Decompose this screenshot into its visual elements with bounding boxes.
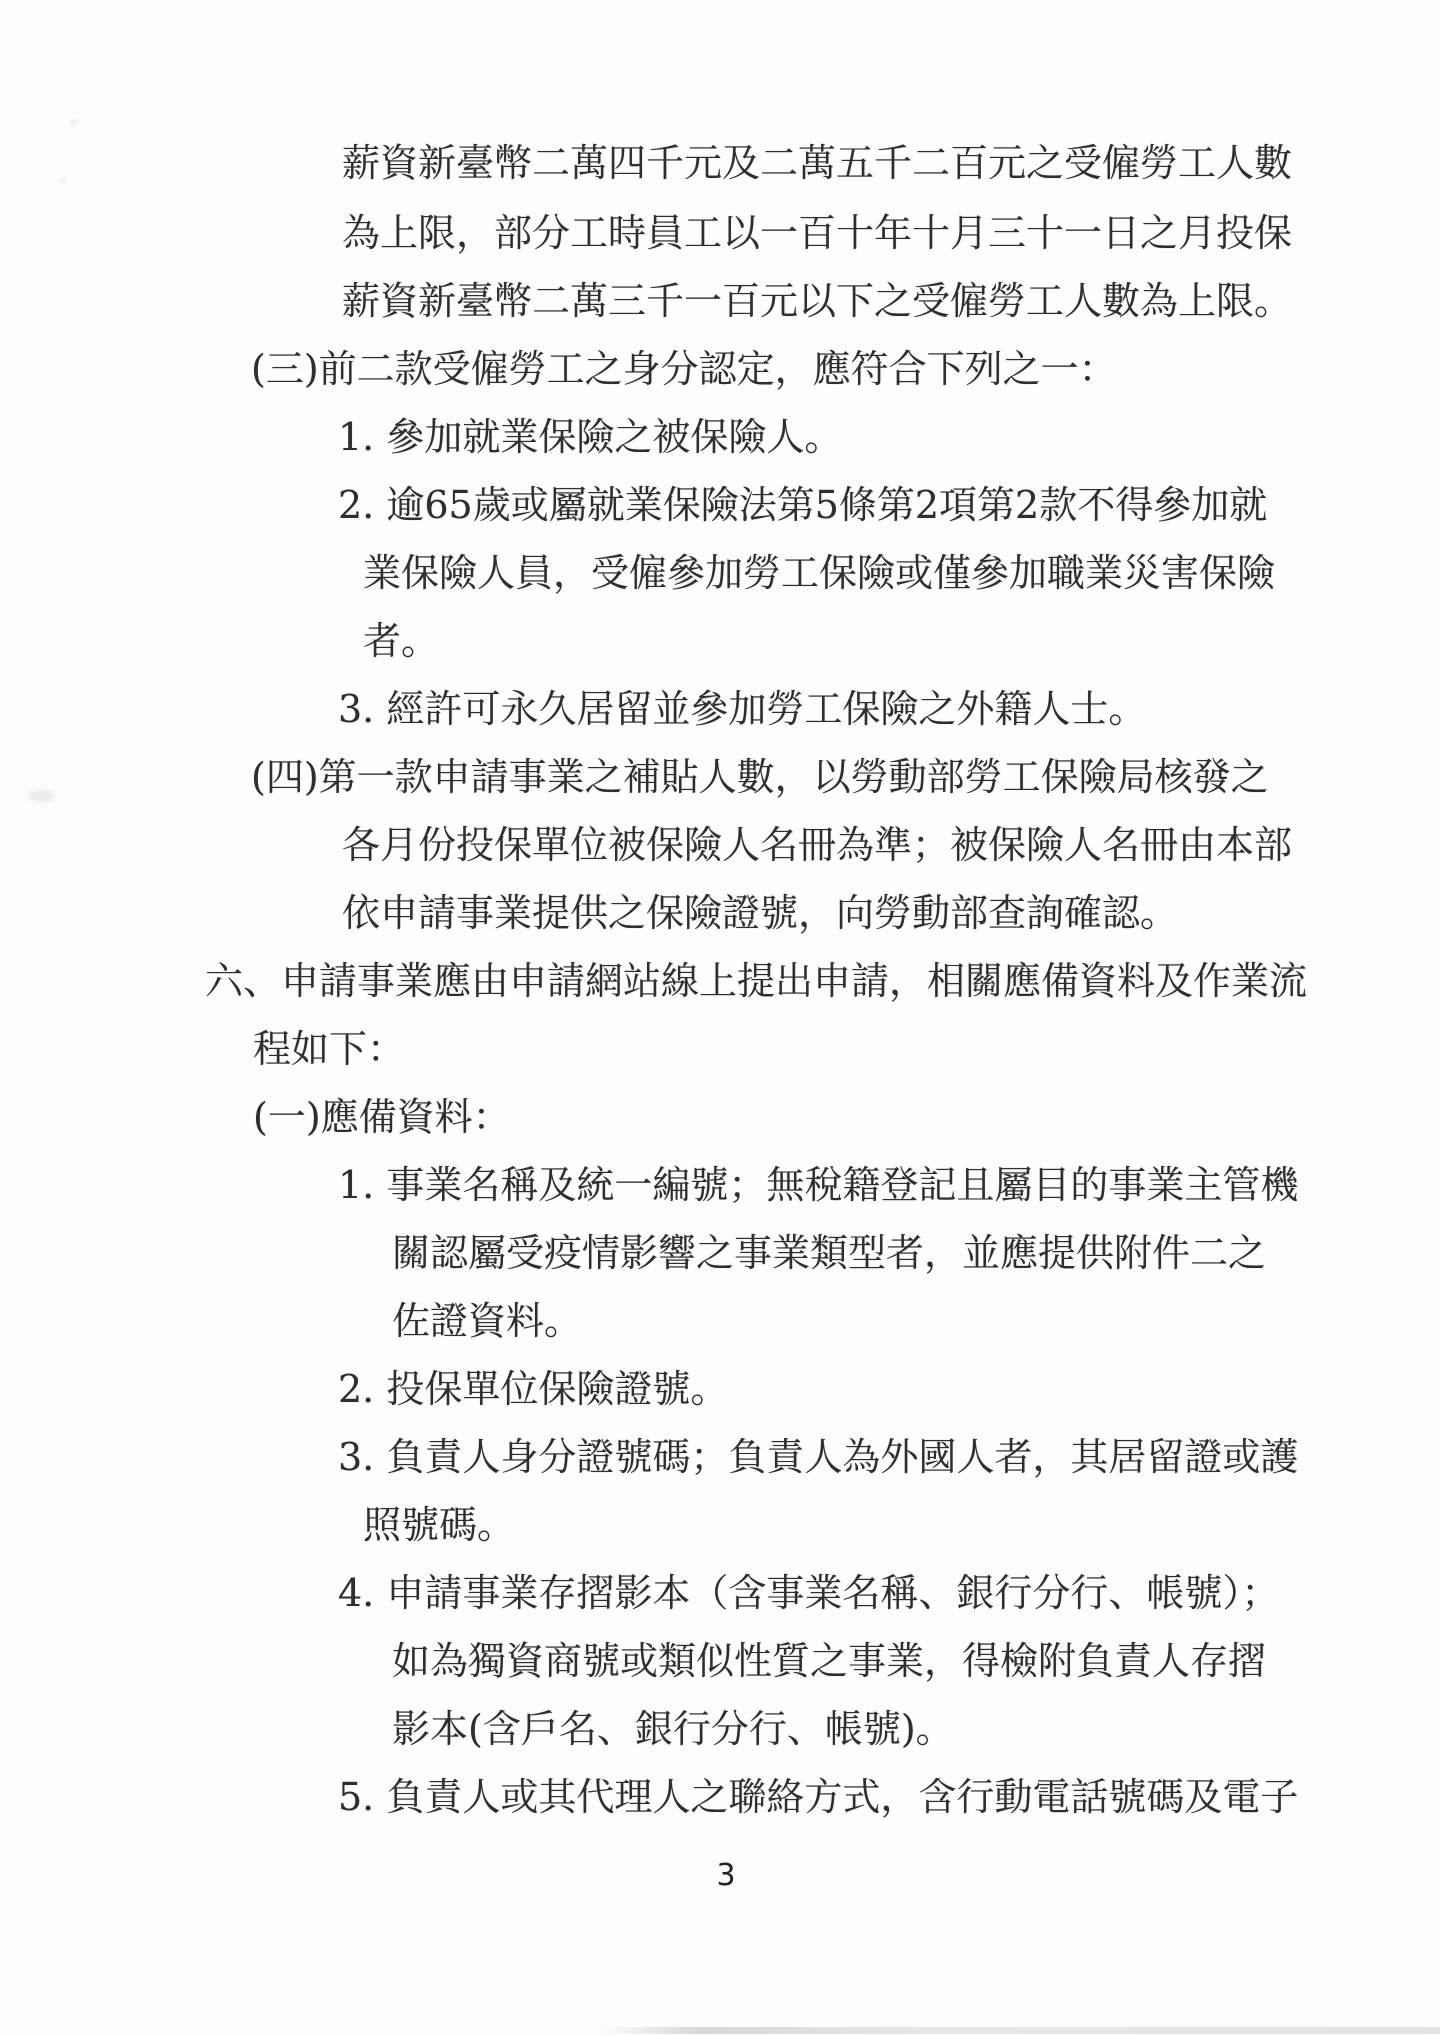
document-line: 薪資新臺幣二萬四千元及二萬五千二百元之受僱勞工人數 xyxy=(342,142,1292,186)
document-line: 2. 投保單位保險證號。 xyxy=(338,1368,728,1412)
document-line: 1. 參加就業保險之被保險人。 xyxy=(338,416,842,460)
document-line: 程如下： xyxy=(253,1028,405,1072)
document-line: 業保險人員，受僱參加勞工保險或僅參加職業災害保險 xyxy=(363,552,1275,596)
document-line: 1. 事業名稱及統一編號；無稅籍登記且屬目的事業主管機 xyxy=(338,1164,1298,1208)
document-line: 六、申請事業應由申請網站線上提出申請，相關應備資料及作業流 xyxy=(205,960,1307,1004)
document-line: (三)前二款受僱勞工之身分認定，應符合下列之一： xyxy=(251,348,1117,392)
document-line: 3. 經許可永久居留並參加勞工保險之外籍人士。 xyxy=(338,688,1146,732)
scan-speck xyxy=(60,178,67,183)
document-line: 如為獨資商號或類似性質之事業，得檢附負責人存摺 xyxy=(392,1640,1266,1684)
document-page: 薪資新臺幣二萬四千元及二萬五千二百元之受僱勞工人數為上限，部分工時員工以一百十年… xyxy=(0,0,1440,2036)
document-line: 5. 負責人或其代理人之聯絡方式，含行動電話號碼及電子 xyxy=(338,1776,1298,1820)
document-line: 依申請事業提供之保險證號，向勞動部查詢確認。 xyxy=(342,892,1178,936)
document-line: 2. 逾65歲或屬就業保險法第5條第2項第2款不得參加就 xyxy=(338,484,1267,528)
scan-speck xyxy=(70,120,78,126)
document-line: 佐證資料。 xyxy=(392,1300,582,1344)
document-line: 薪資新臺幣二萬三千一百元以下之受僱勞工人數為上限。 xyxy=(342,280,1292,324)
document-line: 4. 申請事業存摺影本（含事業名稱、銀行分行、帳號）； xyxy=(338,1572,1279,1616)
document-line: 為上限，部分工時員工以一百十年十月三十一日之月投保 xyxy=(342,212,1292,256)
document-line: 者。 xyxy=(363,620,439,664)
document-line: (四)第一款申請事業之補貼人數，以勞動部勞工保險局核發之 xyxy=(251,756,1269,800)
scan-speck xyxy=(28,790,54,802)
document-line: 各月份投保單位被保險人名冊為準；被保險人名冊由本部 xyxy=(342,824,1292,868)
document-line: (一)應備資料： xyxy=(253,1096,511,1140)
document-line: 關認屬受疫情影響之事業類型者，並應提供附件二之 xyxy=(392,1232,1266,1276)
scan-artifact-bar xyxy=(600,2027,1440,2034)
document-line: 照號碼。 xyxy=(363,1504,515,1548)
document-line: 影本(含戶名、銀行分行、帳號)。 xyxy=(392,1708,954,1752)
page-number: 3 xyxy=(700,1858,752,1893)
document-line: 3. 負責人身分證號碼；負責人為外國人者，其居留證或護 xyxy=(338,1436,1298,1480)
